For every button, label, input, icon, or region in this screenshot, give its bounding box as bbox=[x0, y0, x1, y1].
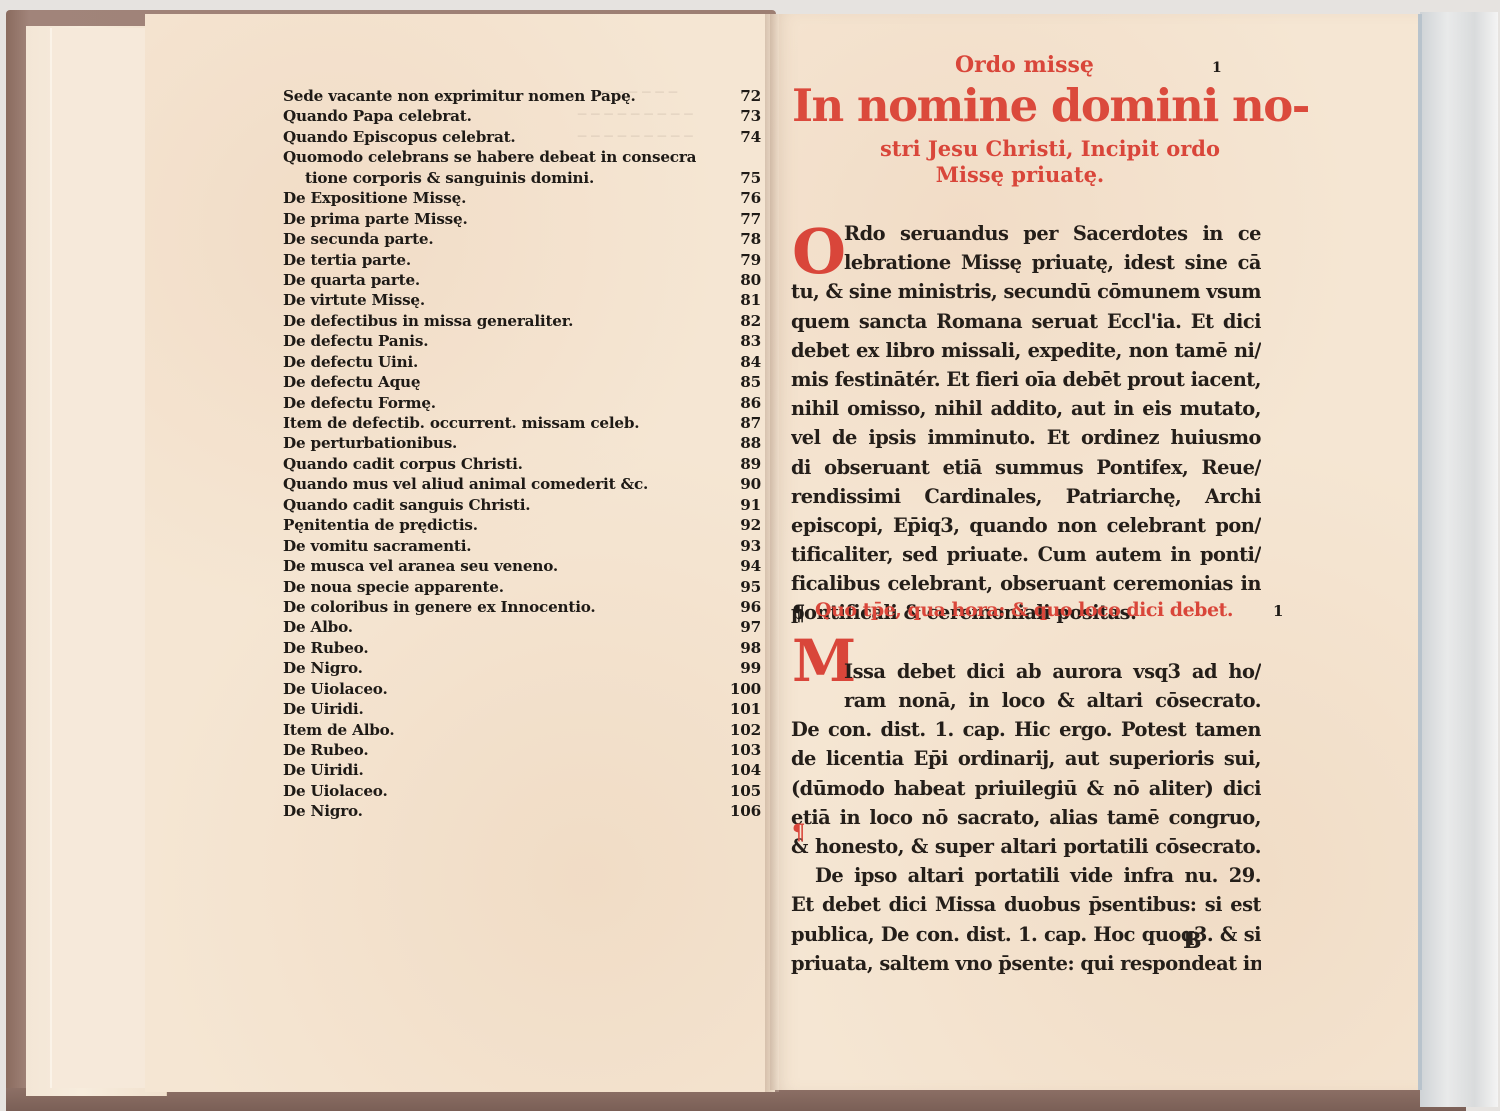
toc-entry: Quando mus vel aliud animal comederit &c… bbox=[283, 474, 765, 494]
toc-entry-page: 73 bbox=[713, 106, 765, 126]
toc-entry: De Nigro.99 bbox=[283, 658, 765, 678]
toc-entry-title: De defectu Panis. bbox=[283, 331, 428, 351]
text-line: quem sancta Romana seruat Eccl'ia. Et di… bbox=[791, 307, 1261, 336]
toc-entry-title: De defectu Uini. bbox=[283, 352, 418, 372]
text-line: Et debet dici Missa duobus p̄sentibus: s… bbox=[791, 890, 1261, 919]
text-line: de licentia Ep̄i ordinarij, aut superior… bbox=[791, 744, 1261, 773]
toc-entry-page: 94 bbox=[713, 556, 765, 576]
toc-entry-title: De tertia parte. bbox=[283, 250, 411, 270]
toc-entry-page: 86 bbox=[713, 393, 765, 413]
toc-entry-title: Pęnitentia de prędictis. bbox=[283, 515, 478, 535]
toc-entry-page: 90 bbox=[713, 474, 765, 494]
toc-entry: De noua specie apparente.95 bbox=[283, 577, 765, 597]
toc-entry-title: Sede vacante non exprimitur nomen Papę. bbox=[283, 86, 636, 106]
toc-entry-title: Quando cadit sanguis Christi. bbox=[283, 495, 530, 515]
toc-entry: De perturbationibus.88 bbox=[283, 433, 765, 453]
text-line: etiā in loco nō sacrato, alias tamē cong… bbox=[791, 803, 1261, 832]
toc-entry-title: De perturbationibus. bbox=[283, 433, 457, 453]
title-line-3: Missę priuatę. bbox=[770, 162, 1270, 187]
toc-entry-title: De Rubeo. bbox=[283, 638, 368, 658]
toc-entry-title: Item de defectib. occurrent. missam cele… bbox=[283, 413, 639, 433]
toc-entry-page: 72 bbox=[713, 86, 765, 106]
toc-entry: Quando cadit corpus Christi.89 bbox=[283, 454, 765, 474]
toc-entry: De Uiolaceo.100 bbox=[283, 679, 765, 699]
toc-entry: De Uiridi.104 bbox=[283, 760, 765, 780]
toc-entry-page: 91 bbox=[713, 495, 765, 515]
toc-entry: Sede vacante non exprimitur nomen Papę.7… bbox=[283, 86, 765, 106]
toc-entry-page: 93 bbox=[713, 536, 765, 556]
toc-entry-page: 98 bbox=[713, 638, 765, 658]
text-line: vel de ipsis imminuto. Et ordinez huiusm… bbox=[791, 423, 1261, 452]
toc-entry: De defectu Aquę85 bbox=[283, 372, 765, 392]
rubric-spacer bbox=[791, 628, 1261, 657]
toc-entry-title: De defectu Formę. bbox=[283, 393, 436, 413]
text-line: & honesto, & super altari portatili cōse… bbox=[791, 832, 1261, 861]
toc-entry-title: De vomitu sacramenti. bbox=[283, 536, 471, 556]
toc-entry-title: De coloribus in genere ex Innocentio. bbox=[283, 597, 596, 617]
toc-entry-page: 76 bbox=[713, 188, 765, 208]
text-line: (dūmodo habeat priuilegiū & nō aliter) d… bbox=[791, 774, 1261, 803]
toc-entry-page: 77 bbox=[713, 209, 765, 229]
toc-entry-title: De virtute Missę. bbox=[283, 290, 425, 310]
toc-entry-page: 104 bbox=[713, 760, 765, 780]
toc-entry-title: De Expositione Missę. bbox=[283, 188, 466, 208]
text-line: mis festinātér. Et fieri oīa debēt prout… bbox=[791, 365, 1261, 394]
title-heading: In nomine domini no- bbox=[792, 80, 1272, 132]
toc-entry: De Uiridi.101 bbox=[283, 699, 765, 719]
toc-entry-title: Item de Albo. bbox=[283, 720, 394, 740]
text-line: ficalibus celebrant, obseruant ceremonia… bbox=[791, 569, 1261, 598]
toc-entry: De prima parte Missę.77 bbox=[283, 209, 765, 229]
red-pilcrow-icon: ¶ bbox=[792, 819, 805, 844]
title-line-2: stri Jesu Christi, Incipit ordo bbox=[800, 136, 1300, 161]
pilcrow-icon: ¶ bbox=[792, 600, 805, 625]
toc-entry: De Albo.97 bbox=[283, 617, 765, 637]
toc-entry: Quando cadit sanguis Christi.91 bbox=[283, 495, 765, 515]
text-line: episcopi, Ep̄iq3, quando non celebrant p… bbox=[791, 511, 1261, 540]
toc-entry: De Nigro.106 bbox=[283, 801, 765, 821]
toc-entry-page: 97 bbox=[713, 617, 765, 637]
toc-entry: Pęnitentia de prędictis.92 bbox=[283, 515, 765, 535]
toc-entry-title: Quando Papa celebrat. bbox=[283, 106, 472, 126]
text-line: tu, & sine ministris, secundū cōmunem vs… bbox=[791, 277, 1261, 306]
running-head: Ordo missę bbox=[955, 52, 1094, 78]
toc-entry-title: De Uiolaceo. bbox=[283, 679, 388, 699]
toc-entry-page: 103 bbox=[713, 740, 765, 760]
book-edge-right bbox=[1420, 12, 1498, 1107]
toc-entry-title: De defectu Aquę bbox=[283, 372, 420, 392]
toc-entry: De defectibus in missa generaliter.82 bbox=[283, 311, 765, 331]
toc-entry-title: De Uiridi. bbox=[283, 699, 364, 719]
text-line: di obseruant etiā summus Pontifex, Reue/ bbox=[791, 453, 1261, 482]
toc-entry-page: 100 bbox=[713, 679, 765, 699]
toc-entry-page: 85 bbox=[713, 372, 765, 392]
toc-entry: De Expositione Missę.76 bbox=[283, 188, 765, 208]
toc-entry-page: 102 bbox=[713, 720, 765, 740]
toc-entry: De tertia parte.79 bbox=[283, 250, 765, 270]
text-line: rendissimi Cardinales, Patriarchę, Archi bbox=[791, 482, 1261, 511]
page-stack-left-inner bbox=[50, 28, 152, 1088]
table-of-contents: Sede vacante non exprimitur nomen Papę.7… bbox=[283, 86, 765, 822]
toc-entry-title: De Nigro. bbox=[283, 658, 363, 678]
toc-entry-title: De defectibus in missa generaliter. bbox=[283, 311, 573, 331]
rubric-heading: Quo tp̄e, qua hora: & quo loco dici debe… bbox=[815, 599, 1233, 621]
toc-entry: Quomodo celebrans se habere debeat in co… bbox=[283, 147, 765, 167]
toc-entry-title: Quomodo celebrans se habere debeat in co… bbox=[283, 147, 696, 167]
toc-entry-page: 105 bbox=[713, 781, 765, 801]
toc-entry-title: De Albo. bbox=[283, 617, 353, 637]
toc-entry-page: 81 bbox=[713, 290, 765, 310]
toc-entry-title: De Nigro. bbox=[283, 801, 363, 821]
toc-entry-title: tione corporis & sanguinis domini. bbox=[283, 168, 594, 188]
toc-entry: Quando Episcopus celebrat.74 bbox=[283, 127, 765, 147]
toc-entry: De defectu Uini.84 bbox=[283, 352, 765, 372]
toc-entry: Quando Papa celebrat.73 bbox=[283, 106, 765, 126]
toc-entry-title: De Uiridi. bbox=[283, 760, 364, 780]
toc-entry-page: 80 bbox=[713, 270, 765, 290]
text-line: nihil omisso, nihil addito, aut in eis m… bbox=[791, 394, 1261, 423]
toc-entry-title: De musca vel aranea seu veneno. bbox=[283, 556, 558, 576]
toc-entry-title: De Rubeo. bbox=[283, 740, 368, 760]
toc-entry: De Rubeo.98 bbox=[283, 638, 765, 658]
toc-entry-page: 79 bbox=[713, 250, 765, 270]
toc-entry-page: 96 bbox=[713, 597, 765, 617]
toc-entry-page: 83 bbox=[713, 331, 765, 351]
toc-entry: De secunda parte.78 bbox=[283, 229, 765, 249]
toc-entry-page: 101 bbox=[713, 699, 765, 719]
toc-entry: De quarta parte.80 bbox=[283, 270, 765, 290]
toc-entry-page: 87 bbox=[713, 413, 765, 433]
toc-entry: De defectu Formę.86 bbox=[283, 393, 765, 413]
toc-entry: De coloribus in genere ex Innocentio.96 bbox=[283, 597, 765, 617]
toc-entry-page: 95 bbox=[713, 577, 765, 597]
book-photo: ─ ─ ─ ─ ─ ─ ─ ─ ─ ─ ─ ─ ─ ─ ─ ─ ─ ─ ─ ─ … bbox=[0, 0, 1500, 1111]
toc-entry-page: 99 bbox=[713, 658, 765, 678]
toc-entry-page: 106 bbox=[713, 801, 765, 821]
toc-entry-title: De prima parte Missę. bbox=[283, 209, 468, 229]
text-line: Issa debet dici ab aurora vsq3 ad ho/ bbox=[791, 657, 1261, 686]
toc-entry: tione corporis & sanguinis domini.75 bbox=[283, 168, 765, 188]
toc-entry-title: Quando mus vel aliud animal comederit &c… bbox=[283, 474, 648, 494]
signature-mark: B bbox=[1183, 928, 1202, 954]
toc-entry: Item de Albo.102 bbox=[283, 720, 765, 740]
toc-entry-page: 84 bbox=[713, 352, 765, 372]
toc-entry-page: 82 bbox=[713, 311, 765, 331]
toc-entry-title: De noua specie apparente. bbox=[283, 577, 504, 597]
toc-entry: De virtute Missę.81 bbox=[283, 290, 765, 310]
text-line: lebratione Missę priuatę, idest sine cā bbox=[791, 248, 1261, 277]
toc-entry: Item de defectib. occurrent. missam cele… bbox=[283, 413, 765, 433]
folio-number: 1 bbox=[1212, 60, 1222, 76]
toc-entry-page: 89 bbox=[713, 454, 765, 474]
toc-entry-page: 88 bbox=[713, 433, 765, 453]
toc-entry-page: 78 bbox=[713, 229, 765, 249]
toc-entry-title: De secunda parte. bbox=[283, 229, 433, 249]
toc-entry-title: De Uiolaceo. bbox=[283, 781, 388, 801]
text-line: ram nonā, in loco & altari cōsecrato. bbox=[791, 686, 1261, 715]
toc-entry: De Uiolaceo.105 bbox=[283, 781, 765, 801]
text-line: De con. dist. 1. cap. Hic ergo. Potest t… bbox=[791, 715, 1261, 744]
toc-entry-title: Quando Episcopus celebrat. bbox=[283, 127, 516, 147]
toc-entry: De musca vel aranea seu veneno.94 bbox=[283, 556, 765, 576]
toc-entry: De Rubeo.103 bbox=[283, 740, 765, 760]
text-line: Rdo seruandus per Sacerdotes in ce bbox=[791, 219, 1261, 248]
text-line: De ipso altari portatili vide infra nu. … bbox=[791, 861, 1261, 890]
text-line: debet ex libro missali, expedite, non ta… bbox=[791, 336, 1261, 365]
toc-entry-page: 74 bbox=[713, 127, 765, 147]
toc-entry-page: 92 bbox=[713, 515, 765, 535]
margin-note: 1 bbox=[1273, 602, 1283, 620]
toc-entry: De vomitu sacramenti.93 bbox=[283, 536, 765, 556]
text-line: tificaliter, sed priuate. Cum autem in p… bbox=[791, 540, 1261, 569]
toc-entry-page: 75 bbox=[713, 168, 765, 188]
toc-entry-title: Quando cadit corpus Christi. bbox=[283, 454, 523, 474]
toc-entry: De defectu Panis.83 bbox=[283, 331, 765, 351]
toc-entry-title: De quarta parte. bbox=[283, 270, 420, 290]
